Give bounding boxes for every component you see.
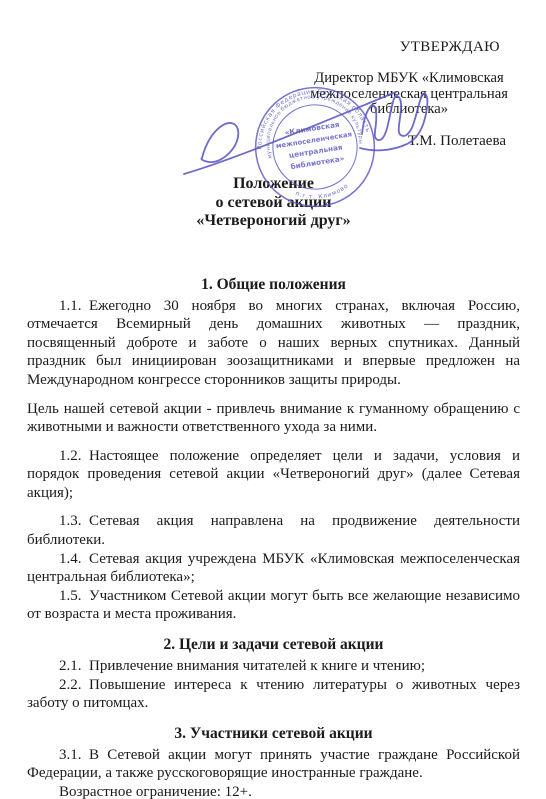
section-heading: 3. Участники сетевой акции	[27, 724, 520, 743]
director-title-line: библиотека»	[298, 102, 520, 117]
paragraph: 1.3. Сетевая акция направлена на продвиж…	[27, 512, 520, 549]
document-title: Положение о сетевой акции «Четвероногий …	[27, 175, 520, 231]
director-title: Директор МБУК «Климовская межпоселенческ…	[298, 71, 520, 117]
document-title-line: Положение	[27, 175, 520, 194]
document-content: УТВЕРЖДАЮ Директор МБУК «Климовская межп…	[0, 0, 546, 799]
paragraph: 2.1. Привлечение внимания читателей к кн…	[27, 657, 520, 676]
section-heading: 2. Цели и задачи сетевой акции	[27, 635, 520, 654]
section-general: 1. Общие положения 1.1. Ежегодно 30 нояб…	[27, 275, 520, 625]
document-title-line: «Четвероногий друг»	[27, 212, 520, 231]
paragraph: 3.1. В Сетевой акции могут принять участ…	[27, 746, 520, 783]
paragraph: Цель нашей сетевой акции - привлечь вним…	[27, 400, 520, 437]
approval-block: УТВЕРЖДАЮ Директор МБУК «Климовская межп…	[298, 40, 520, 149]
section-goals: 2. Цели и задачи сетевой акции 2.1. Прив…	[27, 635, 520, 713]
director-title-line: межпоселенческая центральная	[298, 87, 520, 102]
paragraph: 2.2. Повышение интереса к чтению литерат…	[27, 676, 520, 713]
paragraph: 1.2. Настоящее положение определяет цели…	[27, 447, 520, 503]
section-heading: 1. Общие положения	[27, 275, 520, 294]
paragraph: Возрастное ограничение: 12+.	[27, 783, 520, 799]
paragraph: 1.5. Участником Сетевой акции могут быть…	[27, 587, 520, 624]
paragraph: 1.4. Сетевая акция учреждена МБУК «Климо…	[27, 550, 520, 587]
section-participants: 3. Участники сетевой акции 3.1. В Сетево…	[27, 724, 520, 799]
director-name: Т.М. Полетаева	[298, 134, 520, 149]
document-page: УТВЕРЖДАЮ Директор МБУК «Климовская межп…	[0, 0, 546, 799]
director-title-line: Директор МБУК «Климовская	[298, 71, 520, 86]
document-title-line: о сетевой акции	[27, 194, 520, 213]
approved-label: УТВЕРЖДАЮ	[298, 40, 520, 55]
paragraph: 1.1. Ежегодно 30 ноября во многих страна…	[27, 297, 520, 390]
